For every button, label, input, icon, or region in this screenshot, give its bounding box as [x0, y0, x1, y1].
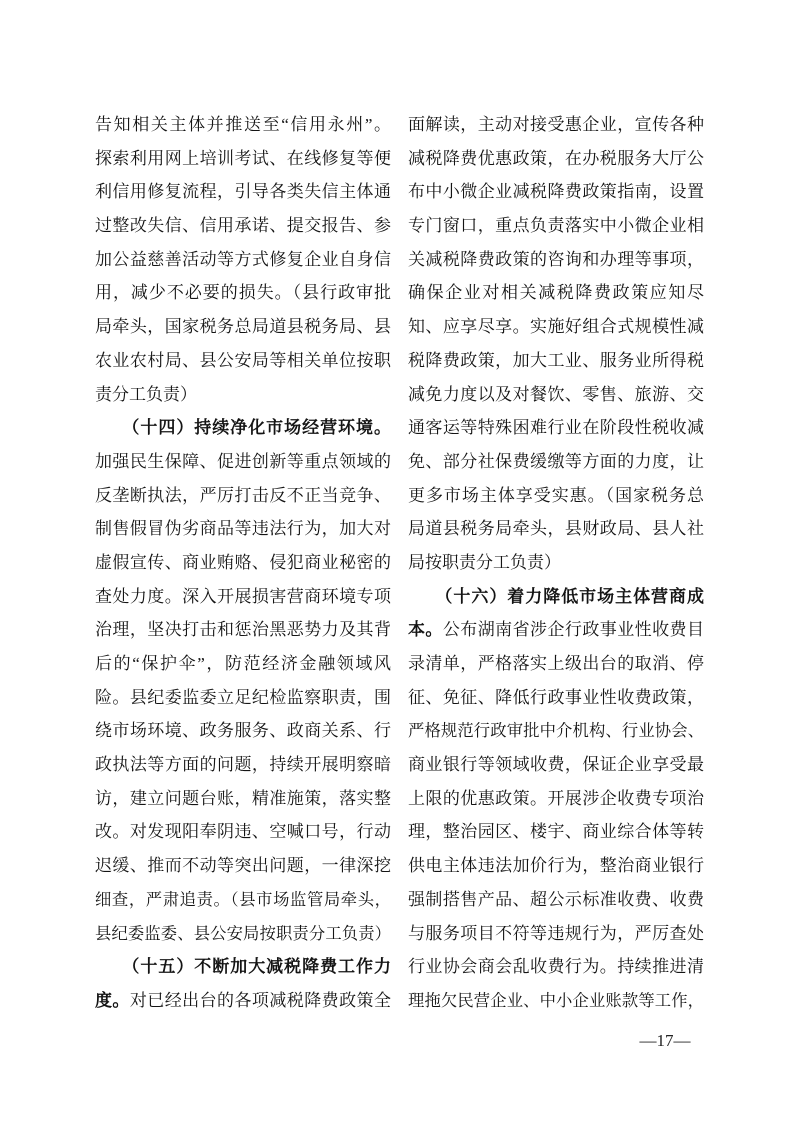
- body-text-segment: 局道县税务局牵头，县财政局、县人社: [408, 519, 704, 538]
- text-line: 行业协会商会乱收费行为。持续推进清: [408, 950, 704, 984]
- body-text-segment: 公布湖南省涉企行政事业性收费目: [443, 620, 704, 639]
- text-line: 迟缓、推而不动等突出问题，一律深挖: [95, 849, 391, 883]
- text-line: 治理，坚决打击和惩治黑恶势力及其背: [95, 613, 391, 647]
- body-text-segment: 与服务项目不符等违规行为，严厉查处: [408, 924, 704, 943]
- right-text-column: 面解读，主动对接受惠企业，宣传各种减税降费优惠政策，在办税服务大厅公布中小微企业…: [408, 108, 704, 1018]
- text-line: 后的“保护伞”，防范经济金融领域风: [95, 647, 391, 681]
- body-text-segment: 加公益慈善活动等方式修复企业自身信: [95, 250, 391, 269]
- text-line: 政执法等方面的问题，持续开展明察暗: [95, 748, 391, 782]
- body-text-segment: 面解读，主动对接受惠企业，宣传各种: [408, 115, 704, 134]
- body-text-segment: 征、免征、降低行政事业性收费政策，: [408, 688, 704, 707]
- text-line: 局道县税务局牵头，县财政局、县人社: [408, 512, 704, 546]
- body-text-segment: 探索利用网上培训考试、在线修复等便: [95, 149, 391, 168]
- body-text-segment: 反垄断执法，严厉打击反不正当竞争、: [95, 486, 391, 505]
- bold-text-segment: （十四）持续净化市场经营环境。: [95, 418, 391, 437]
- body-text-segment: 改。对发现阳奉阴违、空喊口号，行动: [95, 822, 391, 841]
- text-line: 面解读，主动对接受惠企业，宣传各种: [408, 108, 704, 142]
- text-line: 布中小微企业减税降费政策指南，设置: [408, 175, 704, 209]
- body-text-segment: 理拖欠民营企业、中小企业账款等工作，: [408, 991, 704, 1010]
- body-text-segment: 局牵头，国家税务总局道县税务局、县: [95, 317, 391, 336]
- body-text-segment: 加强民生保障、促进创新等重点领域的: [95, 452, 391, 471]
- body-text-segment: 后的“保护伞”，防范经济金融领域风: [95, 654, 391, 673]
- body-text-segment: 农业农村局、县公安局等相关单位按职: [95, 351, 391, 370]
- body-text-segment: 绕市场环境、政务服务、政商关系、行: [95, 721, 391, 740]
- text-line: 过整改失信、信用承诺、提交报告、参: [95, 209, 391, 243]
- body-text-segment: 知、应享尽享。实施好组合式规模性减: [408, 317, 704, 336]
- body-text-segment: 细查，严肃追责。（县市场监管局牵头，: [95, 890, 391, 909]
- body-text-segment: 对已经出台的各项减税降费政策全: [130, 991, 391, 1010]
- text-line: 征、免征、降低行政事业性收费政策，: [408, 681, 704, 715]
- body-text-segment: 专门窗口，重点负责落实中小微企业相: [408, 216, 704, 235]
- text-line: 强制搭售产品、超公示标准收费、收费: [408, 883, 704, 917]
- body-text-segment: 利信用修复流程，引导各类失信主体通: [95, 182, 391, 201]
- text-line: 供电主体违法加价行为，整治商业银行: [408, 849, 704, 883]
- body-text-segment: 局按职责分工负责）: [408, 553, 561, 572]
- left-text-column: 告知相关主体并推送至“信用永州”。探索利用网上培训考试、在线修复等便利信用修复流…: [95, 108, 391, 1018]
- body-text-segment: 税降费政策，加大工业、服务业所得税: [408, 351, 704, 370]
- body-text-segment: 制售假冒伪劣商品等违法行为，加大对: [95, 519, 391, 538]
- body-text-segment: 严格规范行政审批中介机构、行业协会、: [408, 721, 704, 740]
- text-line: 利信用修复流程，引导各类失信主体通: [95, 175, 391, 209]
- text-line: 免、部分社保费缓缴等方面的力度，让: [408, 445, 704, 479]
- text-line: 上限的优惠政策。开展涉企收费专项治: [408, 782, 704, 816]
- text-line: 险。县纪委监委立足纪检监察职责，围: [95, 681, 391, 715]
- body-text-segment: 险。县纪委监委立足纪检监察职责，围: [95, 688, 391, 707]
- text-line: 细查，严肃追责。（县市场监管局牵头，: [95, 883, 391, 917]
- text-line: 加公益慈善活动等方式修复企业自身信: [95, 243, 391, 277]
- body-text-segment: 通客运等特殊困难行业在阶段性税收减: [408, 418, 704, 437]
- body-text-segment: 查处力度。深入开展损害营商环境专项: [95, 587, 391, 606]
- text-line: 探索利用网上培训考试、在线修复等便: [95, 142, 391, 176]
- body-text-segment: 上限的优惠政策。开展涉企收费专项治: [408, 789, 704, 808]
- text-line: 专门窗口，重点负责落实中小微企业相: [408, 209, 704, 243]
- section-heading-line: （十五）不断加大减税降费工作力: [95, 950, 391, 984]
- text-line: 减税降费优惠政策，在办税服务大厅公: [408, 142, 704, 176]
- body-text-segment: 理，整治园区、楼宇、商业综合体等转: [408, 822, 704, 841]
- document-page: 告知相关主体并推送至“信用永州”。探索利用网上培训考试、在线修复等便利信用修复流…: [0, 0, 793, 1122]
- body-text-segment: 用，减少不必要的损失。（县行政审批: [95, 283, 391, 302]
- body-text-segment: 减税降费优惠政策，在办税服务大厅公: [408, 149, 704, 168]
- text-line: 用，减少不必要的损失。（县行政审批: [95, 276, 391, 310]
- text-line: 确保企业对相关减税降费政策应知尽: [408, 276, 704, 310]
- text-line: 查处力度。深入开展损害营商环境专项: [95, 580, 391, 614]
- body-text-segment: 责分工负责）: [95, 385, 197, 404]
- text-line: 严格规范行政审批中介机构、行业协会、: [408, 714, 704, 748]
- body-text-segment: 强制搭售产品、超公示标准收费、收费: [408, 890, 704, 909]
- text-line: 本。公布湖南省涉企行政事业性收费目: [408, 613, 704, 647]
- text-line: 理拖欠民营企业、中小企业账款等工作，: [408, 984, 704, 1018]
- text-line: 知、应享尽享。实施好组合式规模性减: [408, 310, 704, 344]
- text-line: 责分工负责）: [95, 378, 391, 412]
- body-text-segment: 布中小微企业减税降费政策指南，设置: [408, 182, 704, 201]
- text-line: 县纪委监委、县公安局按职责分工负责）: [95, 917, 391, 951]
- body-text-segment: 告知相关主体并推送至“信用永州”。: [95, 115, 391, 134]
- text-line: 访，建立问题台账，精准施策，落实整: [95, 782, 391, 816]
- text-line: 减免力度以及对餐饮、零售、旅游、交: [408, 378, 704, 412]
- section-heading-line: （十四）持续净化市场经营环境。: [95, 411, 391, 445]
- text-line: 反垄断执法，严厉打击反不正当竞争、: [95, 479, 391, 513]
- text-line: 通客运等特殊困难行业在阶段性税收减: [408, 411, 704, 445]
- body-text-segment: 访，建立问题台账，精准施策，落实整: [95, 789, 391, 808]
- text-line: 理，整治园区、楼宇、商业综合体等转: [408, 815, 704, 849]
- bold-text-segment: （十六）着力降低市场主体营商成: [408, 587, 704, 606]
- body-text-segment: 迟缓、推而不动等突出问题，一律深挖: [95, 856, 391, 875]
- body-text-segment: 更多市场主体享受实惠。（国家税务总: [408, 486, 704, 505]
- body-text-segment: 供电主体违法加价行为，整治商业银行: [408, 856, 704, 875]
- text-line: 告知相关主体并推送至“信用永州”。: [95, 108, 391, 142]
- text-line: 加强民生保障、促进创新等重点领域的: [95, 445, 391, 479]
- body-text-segment: 治理，坚决打击和惩治黑恶势力及其背: [95, 620, 391, 639]
- bold-text-segment: （十五）不断加大减税降费工作力: [95, 957, 391, 976]
- text-line: 商业银行等领域收费，保证企业享受最: [408, 748, 704, 782]
- text-line: 改。对发现阳奉阴违、空喊口号，行动: [95, 815, 391, 849]
- text-line: 关减税降费政策的咨询和办理等事项，: [408, 243, 704, 277]
- text-line: 局牵头，国家税务总局道县税务局、县: [95, 310, 391, 344]
- text-line: 更多市场主体享受实惠。（国家税务总: [408, 479, 704, 513]
- text-line: 制售假冒伪劣商品等违法行为，加大对: [95, 512, 391, 546]
- bold-text-segment: 度。: [95, 991, 130, 1010]
- body-text-segment: 过整改失信、信用承诺、提交报告、参: [95, 216, 391, 235]
- body-text-segment: 县纪委监委、县公安局按职责分工负责）: [95, 924, 391, 943]
- body-text-segment: 商业银行等领域收费，保证企业享受最: [408, 755, 704, 774]
- text-line: 农业农村局、县公安局等相关单位按职: [95, 344, 391, 378]
- body-text-segment: 政执法等方面的问题，持续开展明察暗: [95, 755, 391, 774]
- text-line: 绕市场环境、政务服务、政商关系、行: [95, 714, 391, 748]
- section-heading-line: （十六）着力降低市场主体营商成: [408, 580, 704, 614]
- text-line: 局按职责分工负责）: [408, 546, 704, 580]
- text-line: 税降费政策，加大工业、服务业所得税: [408, 344, 704, 378]
- body-text-segment: 行业协会商会乱收费行为。持续推进清: [408, 957, 704, 976]
- page-number: —17—: [630, 1028, 700, 1054]
- bold-text-segment: 本。: [408, 620, 443, 639]
- body-text-segment: 关减税降费政策的咨询和办理等事项，: [408, 250, 704, 269]
- text-line: 与服务项目不符等违规行为，严厉查处: [408, 917, 704, 951]
- body-text-segment: 虚假宣传、商业贿赂、侵犯商业秘密的: [95, 553, 391, 572]
- body-text-segment: 减免力度以及对餐饮、零售、旅游、交: [408, 385, 704, 404]
- body-text-segment: 确保企业对相关减税降费政策应知尽: [408, 283, 704, 302]
- text-line: 度。对已经出台的各项减税降费政策全: [95, 984, 391, 1018]
- text-line: 录清单，严格落实上级出台的取消、停: [408, 647, 704, 681]
- text-line: 虚假宣传、商业贿赂、侵犯商业秘密的: [95, 546, 391, 580]
- body-text-segment: 录清单，严格落实上级出台的取消、停: [408, 654, 704, 673]
- body-text-segment: 免、部分社保费缓缴等方面的力度，让: [408, 452, 704, 471]
